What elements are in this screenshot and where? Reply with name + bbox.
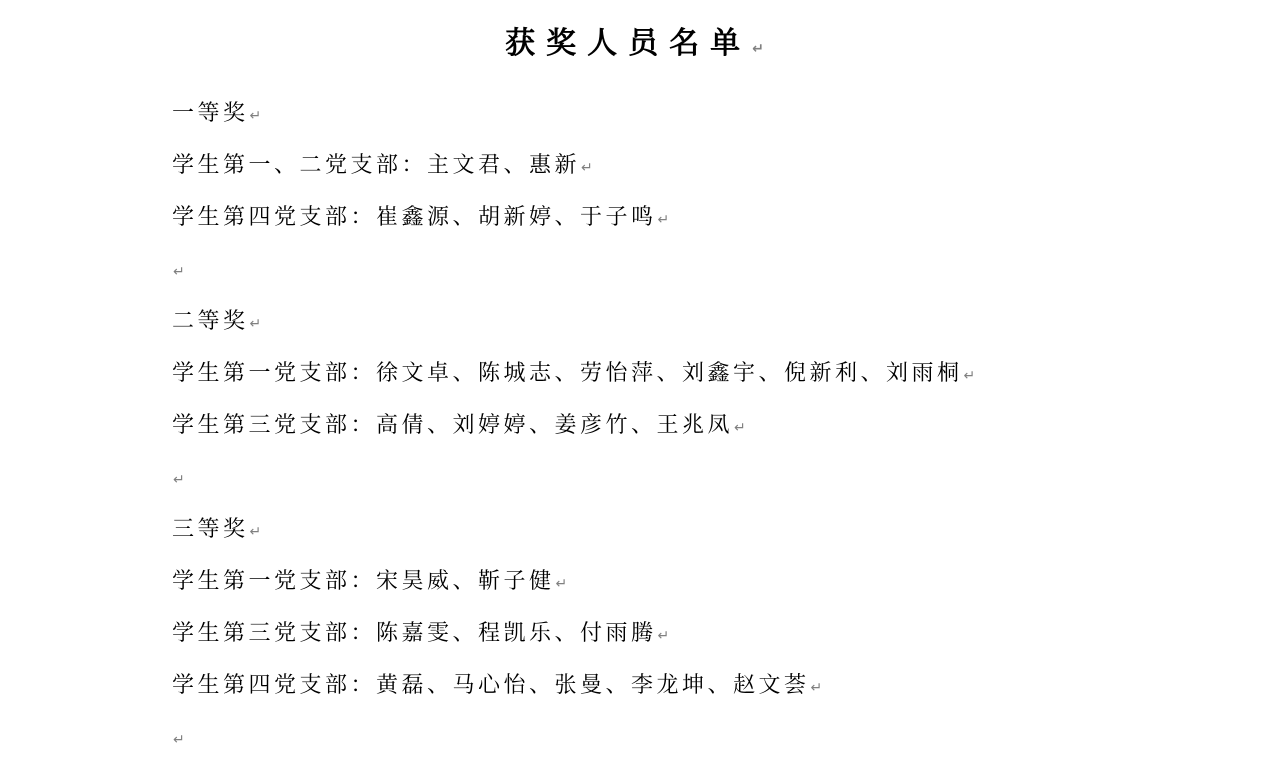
winners-line-text: 学生第一党支部：徐文卓、陈城志、劳怡萍、刘鑫宇、倪新利、刘雨桐 bbox=[172, 361, 963, 386]
paragraph-mark-icon: ↵ bbox=[250, 108, 262, 124]
paragraph-mark-icon: ↵ bbox=[964, 368, 976, 384]
section-heading: 一等奖↵ bbox=[172, 88, 1097, 140]
winners-line-text: 学生第三党支部：陈嘉雯、程凯乐、付雨腾 bbox=[172, 621, 657, 646]
paragraph-mark-icon: ↵ bbox=[250, 524, 262, 540]
winners-line: 学生第三党支部：陈嘉雯、程凯乐、付雨腾↵ bbox=[172, 608, 1097, 660]
paragraph-mark-icon: ↵ bbox=[250, 316, 262, 332]
document-title-text: 获奖人员名单 bbox=[505, 26, 751, 61]
document-page: 获奖人员名单↵ 一等奖↵学生第一、二党支部：主文君、惠新↵学生第四党支部：崔鑫源… bbox=[0, 0, 1269, 772]
winners-line-text: 学生第一、二党支部：主文君、惠新 bbox=[172, 153, 580, 178]
section-heading: 二等奖↵ bbox=[172, 296, 1097, 348]
section-heading-text: 一等奖 bbox=[172, 101, 249, 126]
winners-line-text: 学生第一党支部：宋昊威、靳子健 bbox=[172, 569, 555, 594]
paragraph-mark-icon: ↵ bbox=[581, 160, 593, 176]
winners-line-text: 学生第四党支部：崔鑫源、胡新婷、于子鸣 bbox=[172, 205, 657, 230]
winners-line: 学生第四党支部：崔鑫源、胡新婷、于子鸣↵ bbox=[172, 192, 1097, 244]
paragraph-mark-icon: ↵ bbox=[173, 264, 185, 280]
paragraph-mark-icon: ↵ bbox=[556, 576, 568, 592]
paragraph-mark-icon: ↵ bbox=[173, 732, 185, 748]
empty-paragraph: ↵ bbox=[172, 452, 1097, 504]
paragraph-mark-icon: ↵ bbox=[734, 420, 746, 436]
document-title: 获奖人员名单↵ bbox=[172, 0, 1097, 88]
winners-line: 学生第三党支部：高倩、刘婷婷、姜彦竹、王兆凤↵ bbox=[172, 400, 1097, 452]
winners-line: 学生第一党支部：宋昊威、靳子健↵ bbox=[172, 556, 1097, 608]
winners-line-text: 学生第三党支部：高倩、刘婷婷、姜彦竹、王兆凤 bbox=[172, 413, 733, 438]
empty-paragraph: ↵ bbox=[172, 712, 1097, 764]
section-heading: 三等奖↵ bbox=[172, 504, 1097, 556]
document-body: 一等奖↵学生第一、二党支部：主文君、惠新↵学生第四党支部：崔鑫源、胡新婷、于子鸣… bbox=[172, 88, 1097, 764]
section-heading-text: 二等奖 bbox=[172, 309, 249, 334]
paragraph-mark-icon: ↵ bbox=[658, 628, 670, 644]
paragraph-mark-icon: ↵ bbox=[658, 212, 670, 228]
winners-line: 学生第四党支部：黄磊、马心怡、张曼、李龙坤、赵文荟↵ bbox=[172, 660, 1097, 712]
paragraph-mark-icon: ↵ bbox=[811, 680, 823, 696]
paragraph-mark-icon: ↵ bbox=[752, 41, 764, 57]
paragraph-mark-icon: ↵ bbox=[173, 472, 185, 488]
section-heading-text: 三等奖 bbox=[172, 517, 249, 542]
empty-paragraph: ↵ bbox=[172, 244, 1097, 296]
winners-line-text: 学生第四党支部：黄磊、马心怡、张曼、李龙坤、赵文荟 bbox=[172, 673, 810, 698]
winners-line: 学生第一、二党支部：主文君、惠新↵ bbox=[172, 140, 1097, 192]
winners-line: 学生第一党支部：徐文卓、陈城志、劳怡萍、刘鑫宇、倪新利、刘雨桐↵ bbox=[172, 348, 1097, 400]
